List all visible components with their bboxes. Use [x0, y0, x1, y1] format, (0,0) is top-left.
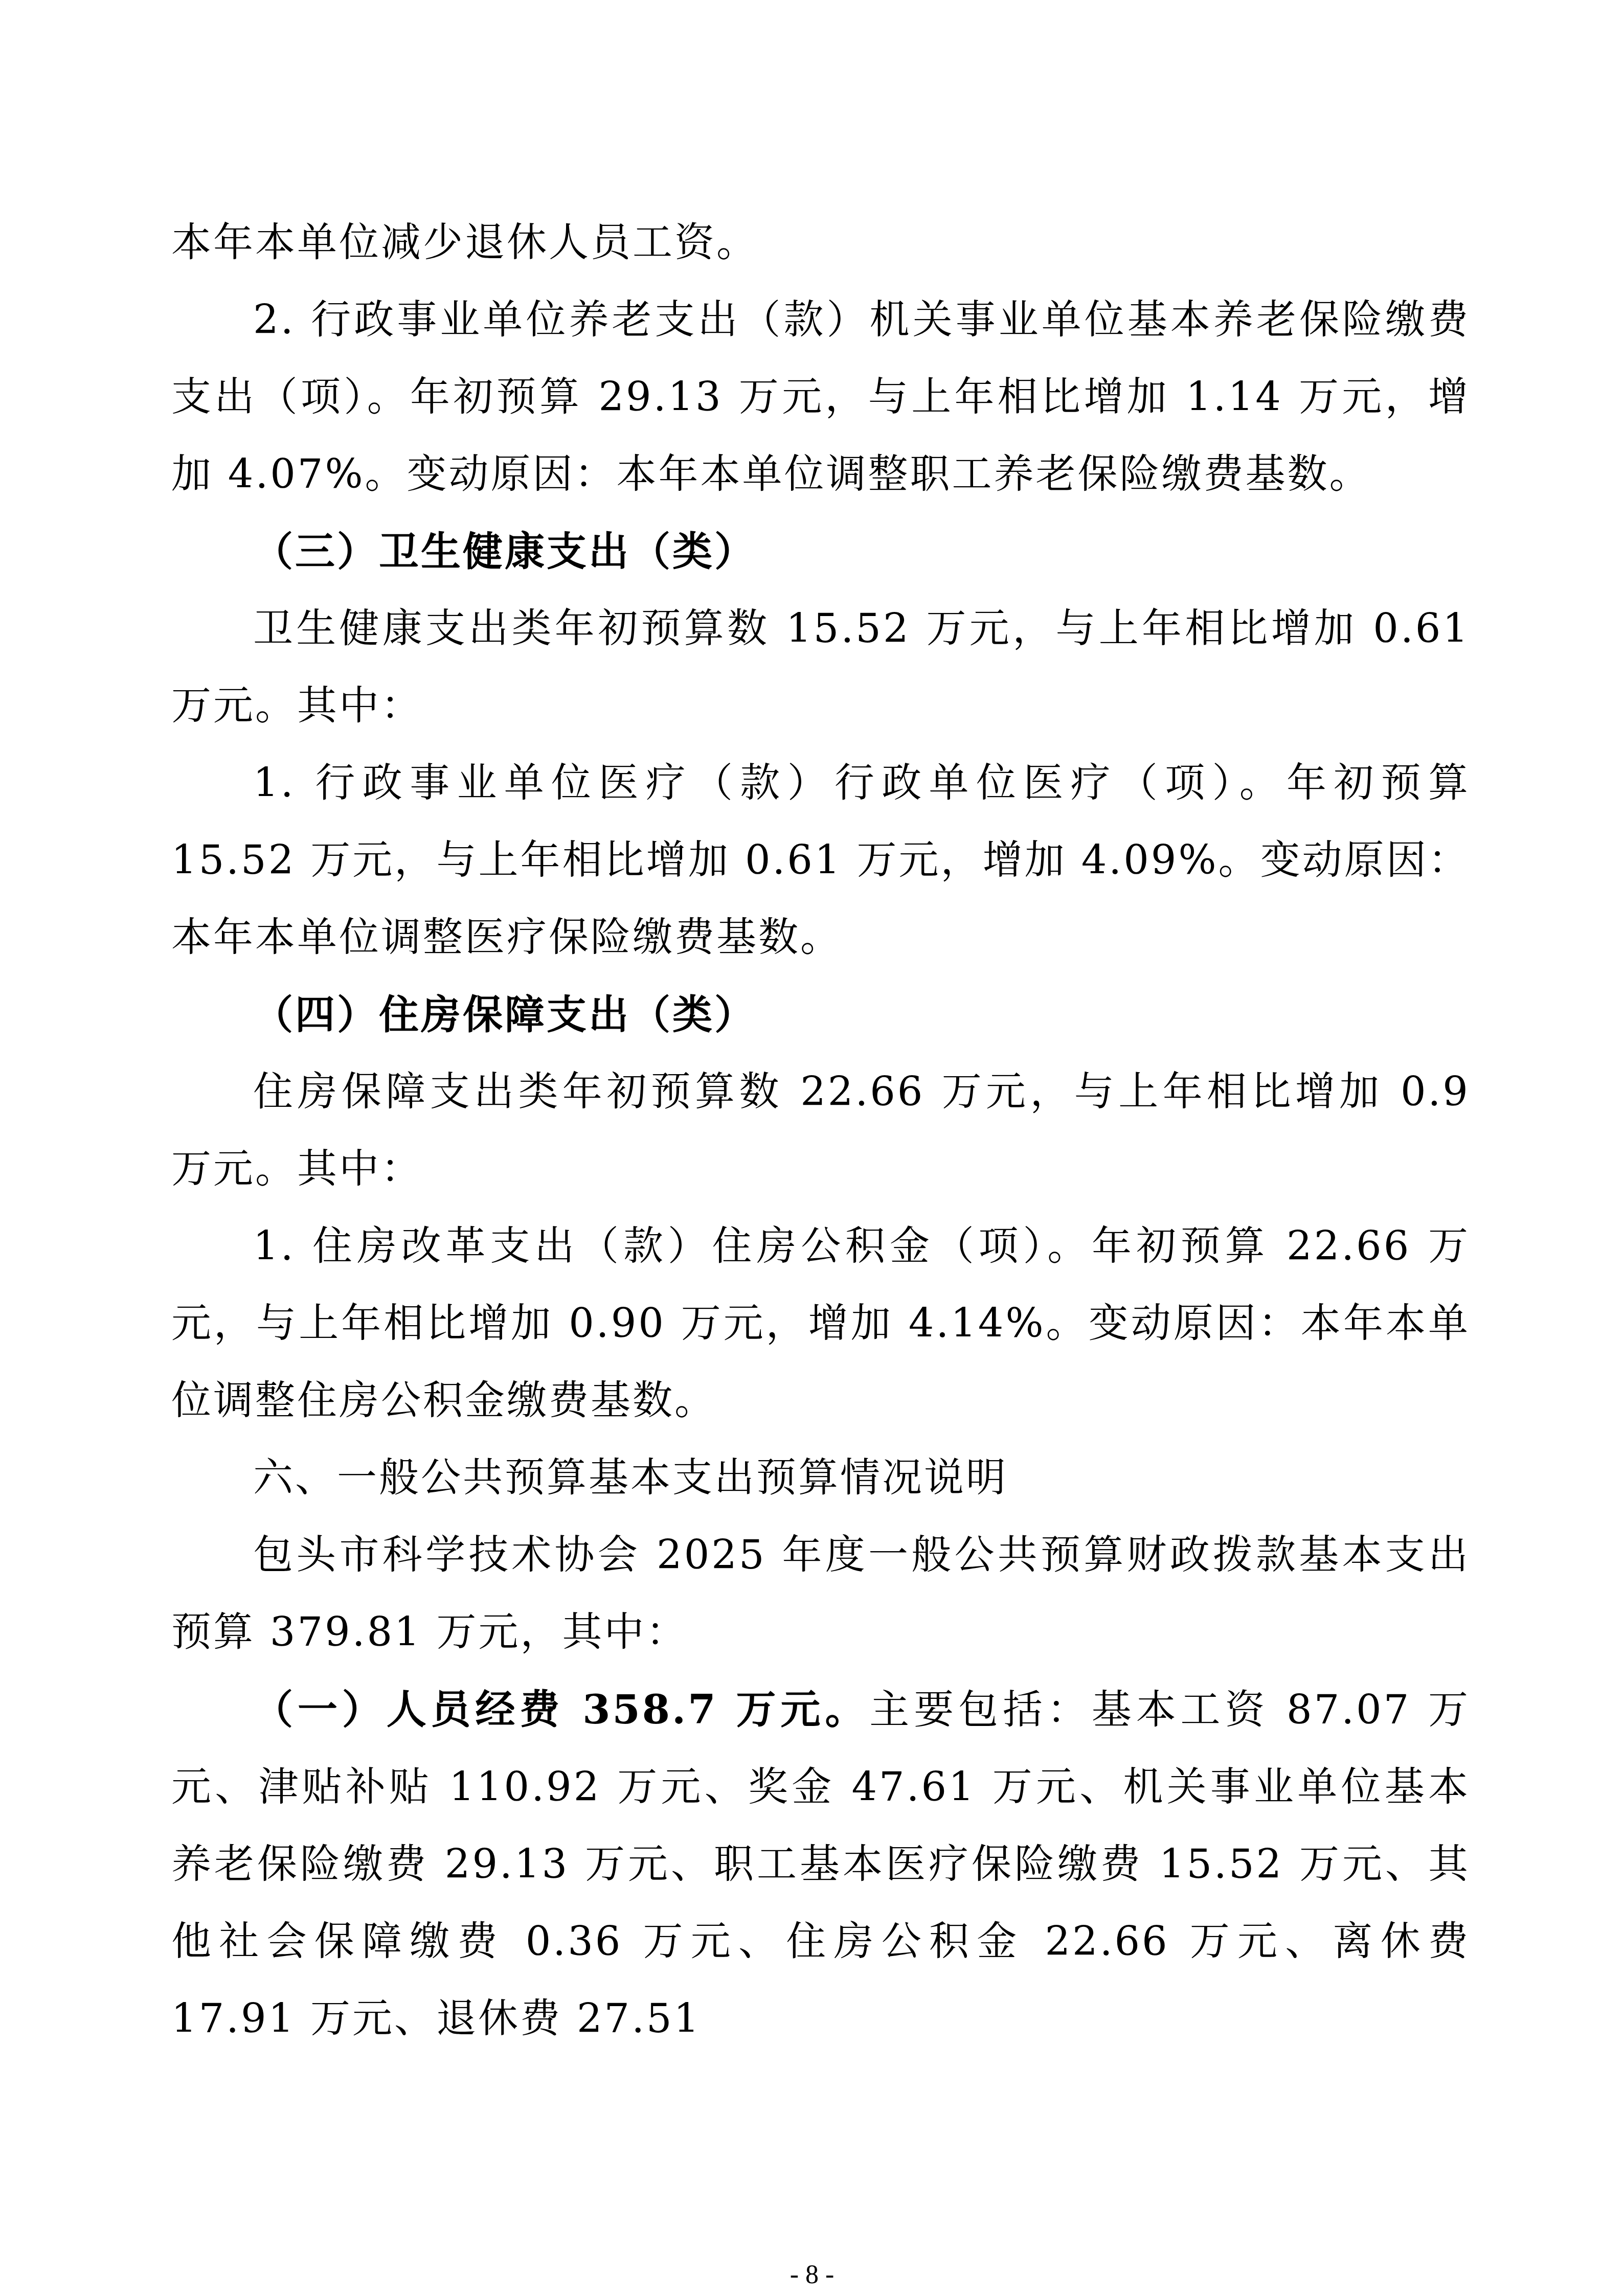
- paragraph-basic-expenditure-total: 包头市科学技术协会 2025 年度一般公共预算财政拨款基本支出预算 379.81…: [171, 1517, 1470, 1671]
- paragraph-housing-fund-item: 1. 住房改革支出（款）住房公积金（项）。年初预算 22.66 万元，与上年相比…: [171, 1208, 1470, 1440]
- personnel-expenses-detail: 主要包括：基本工资 87.07 万元、津贴补贴 110.92 万元、奖金 47.…: [171, 1687, 1470, 2042]
- section-heading-basic-expenditure: 六、一般公共预算基本支出预算情况说明: [171, 1440, 1470, 1517]
- subheading-housing-expenditure: （四）住房保障支出（类）: [171, 976, 1470, 1054]
- paragraph-housing-summary: 住房保障支出类年初预算数 22.66 万元，与上年相比增加 0.9 万元。其中：: [171, 1054, 1470, 1208]
- page-number: - 8 -: [0, 2260, 1624, 2290]
- personnel-expenses-lead: （一）人员经费 358.7 万元。: [253, 1687, 869, 1733]
- paragraph-medical-item: 1. 行政事业单位医疗（款）行政单位医疗（项）。年初预算 15.52 万元，与上…: [171, 745, 1470, 976]
- subheading-health-expenditure: （三）卫生健康支出（类）: [171, 513, 1470, 590]
- paragraph-personnel-expenses: （一）人员经费 358.7 万元。主要包括：基本工资 87.07 万元、津贴补贴…: [171, 1671, 1470, 2058]
- document-page: 本年本单位减少退休人员工资。 2. 行政事业单位养老支出（款）机关事业单位基本养…: [171, 204, 1470, 2058]
- paragraph-pension-contribution: 2. 行政事业单位养老支出（款）机关事业单位基本养老保险缴费支出（项）。年初预算…: [171, 282, 1470, 513]
- paragraph-retiree-wage: 本年本单位减少退休人员工资。: [171, 204, 1470, 282]
- paragraph-health-summary: 卫生健康支出类年初预算数 15.52 万元，与上年相比增加 0.61 万元。其中…: [171, 590, 1470, 745]
